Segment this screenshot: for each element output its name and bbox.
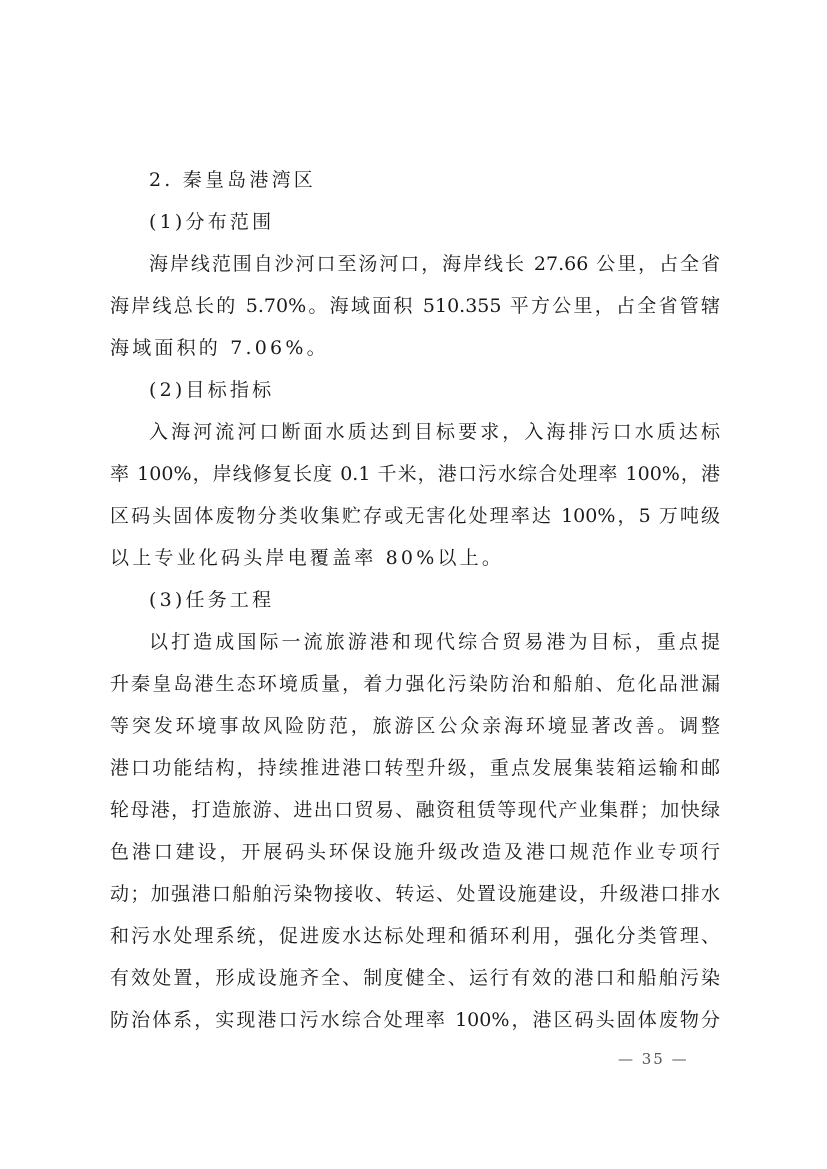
paragraph-line: 入海河流河口断面水质达到目标要求，入海排污口水质达标 (149, 420, 720, 444)
subsection-title-tasks: (3)任务工程 (149, 588, 720, 612)
paragraph-line: 等突发环境事故风险防范，旅游区公众亲海环境显著改善。调整 (110, 714, 720, 738)
paragraph-line: 和污水处理系统，促进废水达标处理和循环利用，强化分类管理、 (110, 924, 720, 948)
paragraph-line: 色港口建设，开展码头环保设施升级改造及港口规范作业专项行 (110, 840, 720, 864)
paragraph-line: 防治体系，实现港口污水综合处理率 100%，港区码头固体废物分 (110, 1008, 720, 1032)
paragraph-line: 海域面积的 7.06%。 (110, 336, 720, 360)
subsection-title-targets: (2)目标指标 (149, 378, 720, 402)
paragraph-line: 海岸线总长的 5.70%。海域面积 510.355 平方公里，占全省管辖 (110, 294, 720, 318)
paragraph-line: 区码头固体废物分类收集贮存或无害化处理率达 100%，5 万吨级 (110, 504, 720, 528)
subsection-title-distribution: (1)分布范围 (149, 210, 720, 234)
paragraph-line: 率 100%，岸线修复长度 0.1 千米，港口污水综合处理率 100%，港 (110, 462, 720, 486)
document-page: 2. 秦皇岛港湾区 (1)分布范围 海岸线范围自沙河口至汤河口，海岸线长 27.… (0, 0, 827, 1169)
paragraph-line: 有效处置，形成设施齐全、制度健全、运行有效的港口和船舶污染 (110, 966, 720, 990)
page-number: — 35 — (618, 1050, 689, 1068)
paragraph-line: 港口功能结构，持续推进港口转型升级，重点发展集装箱运输和邮 (110, 756, 720, 780)
section-heading: 2. 秦皇岛港湾区 (149, 168, 720, 192)
paragraph-line: 动；加强港口船舶污染物接收、转运、处置设施建设，升级港口排水 (110, 882, 720, 906)
paragraph-line: 轮母港，打造旅游、进出口贸易、融资租赁等现代产业集群；加快绿 (110, 798, 720, 822)
paragraph-line: 以上专业化码头岸电覆盖率 80%以上。 (110, 546, 720, 570)
paragraph-line: 海岸线范围自沙河口至汤河口，海岸线长 27.66 公里，占全省 (149, 252, 720, 276)
paragraph-line: 以打造成国际一流旅游港和现代综合贸易港为目标，重点提 (149, 630, 720, 654)
paragraph-line: 升秦皇岛港生态环境质量，着力强化污染防治和船舶、危化品泄漏 (110, 672, 720, 696)
